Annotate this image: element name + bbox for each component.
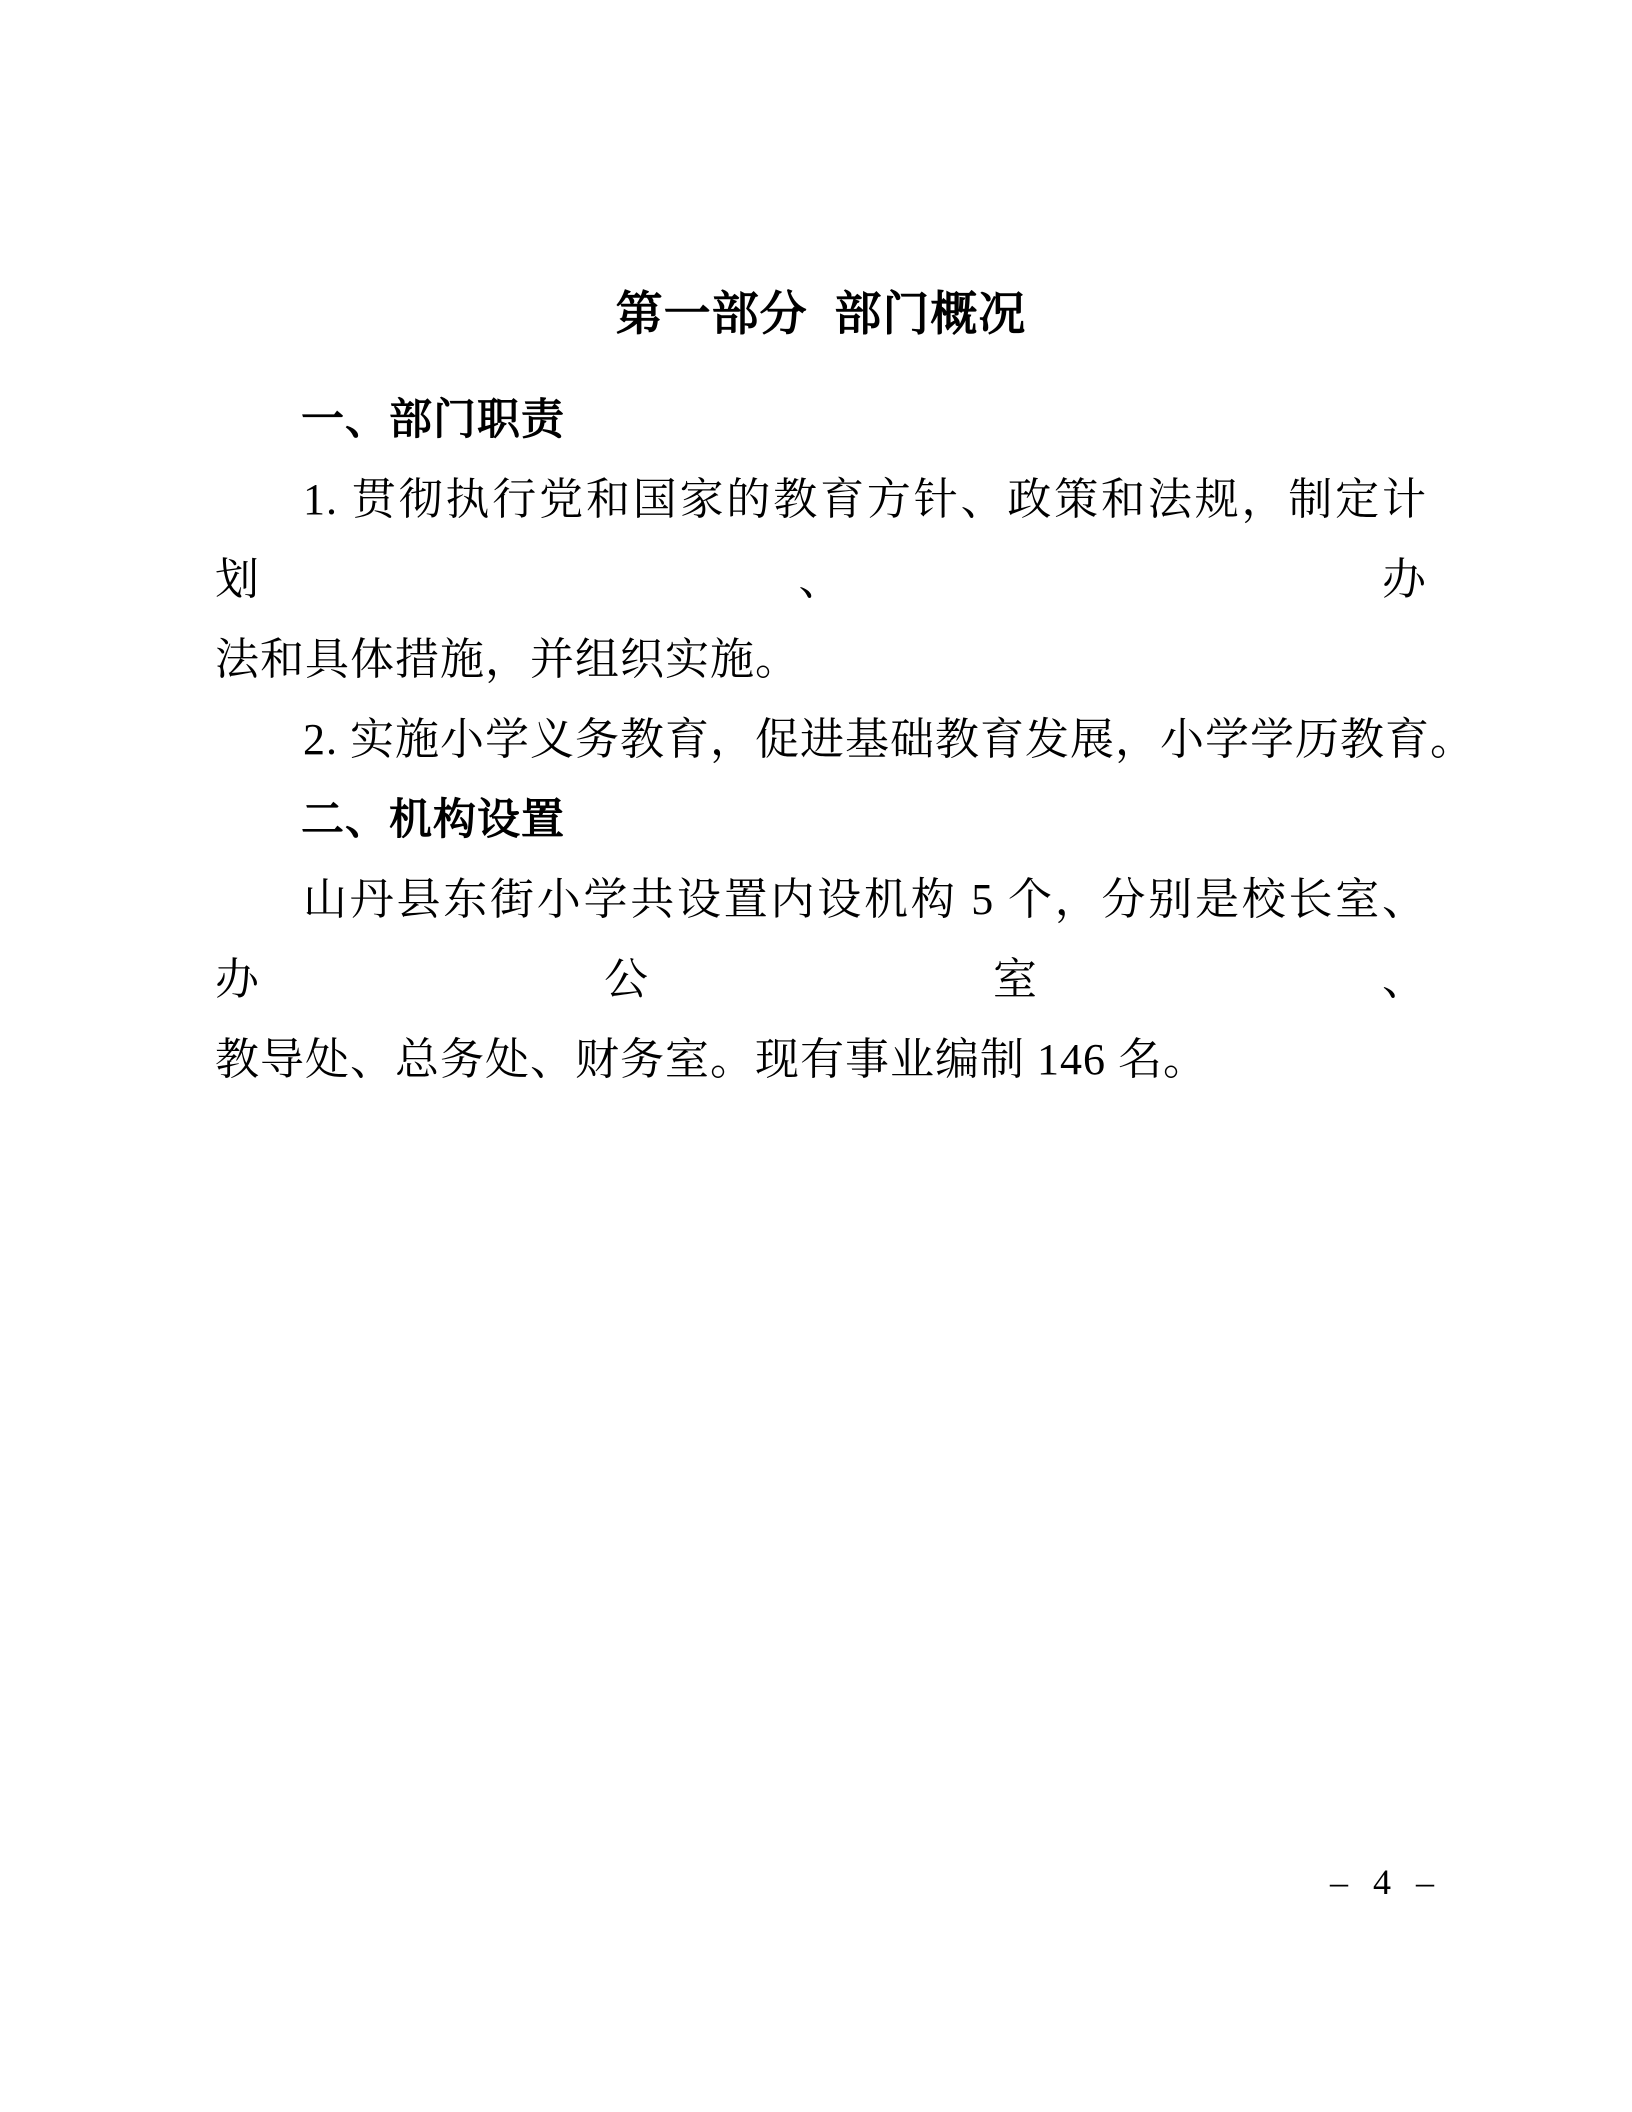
duties-item1-line1: 1. 贯彻执行党和国家的教育方针、政策和法规，制定计划、办 [215,460,1427,620]
organization-para-line2: 教导处、总务处、财务室。现有事业编制 146 名。 [215,1020,1427,1100]
document-content: 第一部分 部门概况 一、部门职责 1. 贯彻执行党和国家的教育方针、政策和法规，… [215,275,1427,1100]
duties-item2: 2. 实施小学义务教育，促进基础教育发展，小学学历教育。 [215,700,1427,780]
page-number: – 4 – [1330,1862,1436,1902]
heading-organization-setup: 二、机构设置 [215,780,1427,860]
organization-para-line1: 山丹县东街小学共设置内设机构 5 个，分别是校长室、办公室、 [215,860,1427,1020]
section-title: 第一部分 部门概况 [215,275,1427,355]
heading-department-duties: 一、部门职责 [215,380,1427,460]
document-page: 第一部分 部门概况 一、部门职责 1. 贯彻执行党和国家的教育方针、政策和法规，… [0,0,1632,2112]
duties-item1-line2: 法和具体措施，并组织实施。 [215,620,1427,700]
